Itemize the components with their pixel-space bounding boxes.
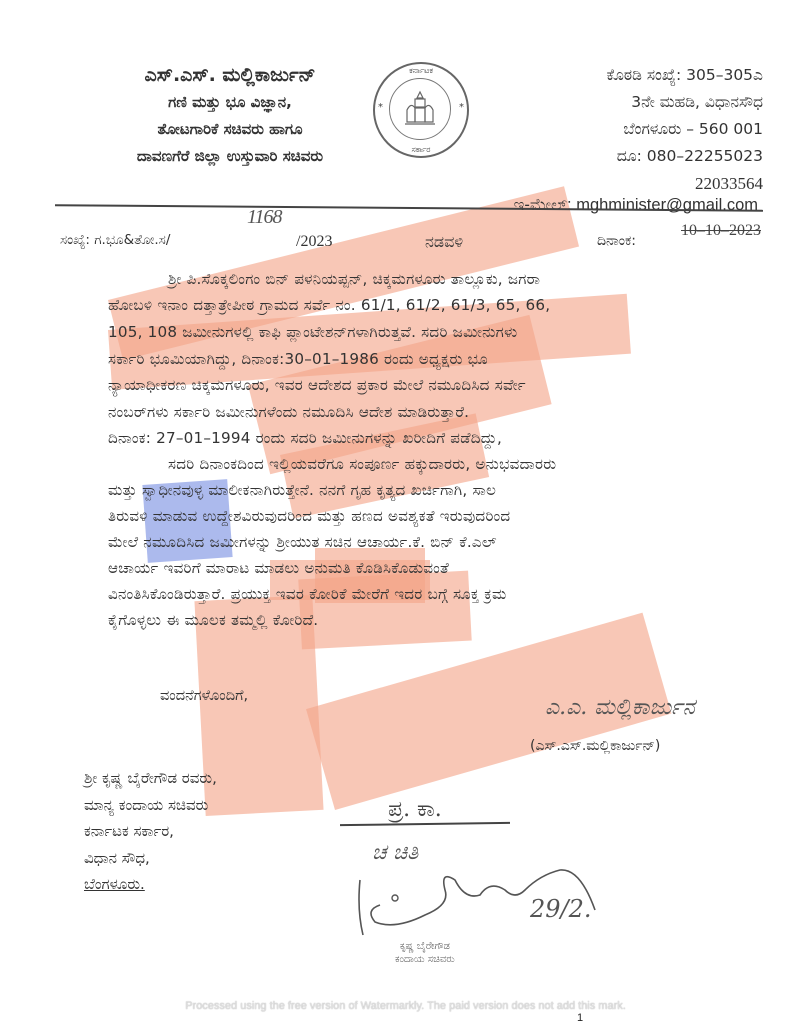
closing-salutation: ವಂದನೆಗಳೊಂದಿಗೆ, [160, 688, 248, 704]
date-label: ದಿನಾಂಕ: [597, 233, 636, 249]
body-line: ನಂಬರ್‌ಗಳು ಸರ್ಕಾರಿ ಜಮೀನುಗಳೆಂದು ನಮೂದಿಸಿ ಆದ… [108, 403, 756, 422]
office-line: ದೂ: 080–22255023 [606, 143, 763, 170]
highlight-overlay [298, 571, 471, 650]
email-address[interactable]: ಇ-ಮೇಲ್: mghminister@gmail.com [514, 196, 758, 215]
body-line: ಮೇಲೆ ನಮೂದಿಸಿದ ಜಮೀಗಳನ್ನು ಶ್ರೀಯುತ ಸಚಿನ ಆಚಾ… [108, 533, 756, 552]
sender-title-line: ದಾವಣಗೆರೆ ಜಿಲ್ಲಾ ಉಸ್ತುವಾರಿ ಸಚಿವರು [80, 143, 380, 170]
office-address: ಕೊಠಡಿ ಸಂಖ್ಯೆ: 305–305ಎ 3ನೇ ಮಹಡಿ, ವಿಧಾನಸೌ… [606, 62, 763, 197]
watermark-text: Processed using the free version of Wate… [0, 1000, 811, 1012]
stamped-date: 10–10–2023 [681, 222, 761, 240]
emblem-top-text: ಕರ್ನಾಟಕ [375, 66, 467, 76]
addressee-city: ಬೆಂಗಳೂರು. [84, 871, 217, 898]
signature-scrawl: ಎ.ಎ. ಮಲ್ಲಿಕಾರ್ಜುನ [545, 695, 695, 720]
document-type: ನಡವಳಿ [425, 232, 463, 252]
body-line: ನ್ಯಾಯಾಧೀಕರಣ ಚಿಕ್ಕಮಗಳೂರು, ಇವರ ಆದೇಶದ ಪ್ರಕಾ… [108, 376, 756, 395]
minister-stamp: ಕೃಷ್ಣ ಬೈರೇಗೌಡ ಕಂದಾಯ ಸಚಿವರು [395, 940, 455, 966]
inward-number: 1168 [247, 206, 282, 229]
sender-title-line: ತೋಟಗಾರಿಕೆ ಸಚಿವರು ಹಾಗೂ [80, 116, 380, 143]
addressee-line: ಮಾನ್ಯ ಕಂದಾಯ ಸಚಿವರು [84, 792, 217, 819]
signature-line [340, 822, 510, 826]
office-line: ಬೆಂಗಳೂರು – 560 001 [606, 116, 763, 143]
sender-block: ಎಸ್.ಎಸ್. ಮಲ್ಲಿಕಾರ್ಜುನ್ ಗಣಿ ಮತ್ತು ಭೂ ವಿಜ್… [80, 62, 380, 170]
office-line: 22033564 [606, 170, 763, 197]
page-number: 1 [577, 1012, 583, 1024]
crest-icon [403, 90, 437, 128]
karnataka-emblem-icon: ಕರ್ನಾಟಕ * * ಸರ್ಕಾರ [373, 62, 469, 158]
body-line: ದಿನಾಂಕ: 27–01–1994 ರಂದು ಸದರಿ ಜಮೀನುಗಳನ್ನು… [108, 429, 756, 448]
body-line: 105, 108 ಜಮೀನುಗಳಲ್ಲಿ ಕಾಫಿ ಪ್ಲಾಂಟೇಶನ್‌ಗಳಾ… [108, 323, 756, 342]
body-line: ಶ್ರೀ ಪಿ.ಸೊಕ್ಕಲಿಂಗಂ ಬಿನ್ ಪಳನಿಯಪ್ಪನ್, ಚಿಕ್… [168, 270, 811, 289]
body-line: ತಿರುವಳಿ ಮಾಡುವ ಉದ್ದೇಶವಿರುವುದರಿಂದ ಮತ್ತು ಹಣ… [108, 507, 756, 526]
body-line: ಸರ್ಕಾರಿ ಭೂಮಿಯಾಗಿದ್ದು, ದಿನಾಂಕ:30–01–1986 … [108, 350, 756, 369]
body-line: ಕೈಗೊಳ್ಳಲು ಈ ಮೂಲಕ ತಮ್ಮಲ್ಲಿ ಕೋರಿದೆ. [108, 611, 756, 630]
office-line: 3ನೇ ಮಹಡಿ, ವಿಧಾನಸೌಧ [606, 89, 763, 116]
endorsement-date: 29/2. [530, 895, 592, 923]
endorsement-initials: ಪ್ರ. ಕಾ. [388, 797, 442, 822]
addressee-line: ಶ್ರೀ ಕೃಷ್ಣ ಬೈರೇಗೌಡ ರವರು, [84, 765, 217, 792]
addressee-line: ಕರ್ನಾಟಕ ಸರ್ಕಾರ, [84, 818, 217, 845]
star-icon: * [459, 102, 464, 113]
stamp-line: ಕೃಷ್ಣ ಬೈರೇಗೌಡ [395, 940, 455, 953]
addressee-block: ಶ್ರೀ ಕೃಷ್ಣ ಬೈರೇಗೌಡ ರವರು, ಮಾನ್ಯ ಕಂದಾಯ ಸಚಿ… [84, 765, 217, 898]
star-icon: * [378, 102, 383, 113]
body-line: ಹೋಬಳಿ ಇನಾಂ ದತ್ತಾತ್ರೇಪೀಠ ಗ್ರಾಮದ ಸರ್ವೆ ನಂ.… [108, 296, 756, 315]
reference-number-label: ಸಂಖ್ಯೆ: ಗ.ಭೂ&ತೋ.ಸ/ [60, 232, 170, 248]
office-line: ಕೊಠಡಿ ಸಂಖ್ಯೆ: 305–305ಎ [606, 62, 763, 89]
sender-title-line: ಗಣಿ ಮತ್ತು ಭೂ ವಿಜ್ಞಾನ, [80, 89, 380, 116]
signatory-name: (ಎಸ್.ಎಸ್.ಮಲ್ಲಿಕಾರ್ಜುನ್) [530, 738, 660, 754]
emblem-bottom-text: ಸರ್ಕಾರ [375, 145, 467, 155]
body-line: ವಿನಂತಿಸಿಕೊಂಡಿರುತ್ತಾರೆ. ಪ್ರಯುಕ್ತ ಇವರ ಕೋರಿ… [108, 585, 756, 604]
reference-year: /2023 [296, 233, 332, 251]
stamp-line: ಕಂದಾಯ ಸಚಿವರು [395, 953, 455, 966]
body-line: ಆಚಾರ್ಯ ಇವರಿಗೆ ಮಾರಾಟ ಮಾಡಲು ಅನುಮತಿ ಕೊಡಿಸಿಕ… [108, 559, 756, 578]
addressee-line: ವಿಧಾನ ಸೌಧ, [84, 845, 217, 872]
body-line: ಸದರಿ ದಿನಾಂಕದಿಂದ ಇಲ್ಲಿಯವರೆಗೂ ಸಂಪೂರ್ಣ ಹಕ್ಕ… [168, 455, 811, 474]
sender-name: ಎಸ್.ಎಸ್. ಮಲ್ಲಿಕಾರ್ಜುನ್ [80, 62, 380, 89]
body-line: ಮತ್ತು ಸ್ವಾಧೀನವುಳ್ಳ ಮಾಲೀಕನಾಗಿರುತ್ತೇನೆ. ನನ… [108, 481, 756, 500]
